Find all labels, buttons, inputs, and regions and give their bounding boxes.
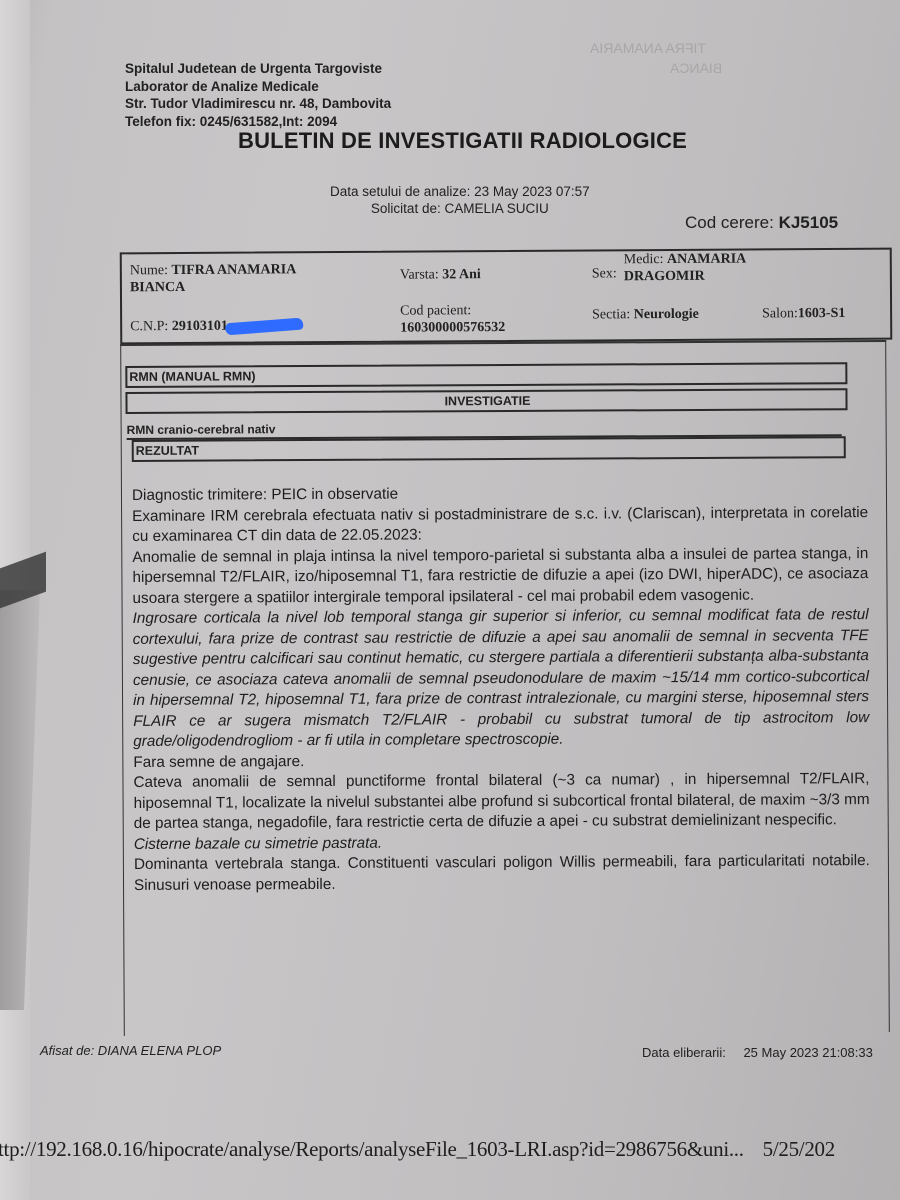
displayed-by: Afisat de: DIANA ELENA PLOP bbox=[40, 1043, 221, 1058]
patient-code: Cod pacient: 160300000576532 bbox=[400, 302, 505, 337]
result-box: RMN (MANUAL RMN) INVESTIGATIE RMN cranio… bbox=[120, 340, 890, 1036]
release-date-label: Data eliberarii: bbox=[642, 1045, 726, 1060]
result-paragraph: Examinare IRM cerebrala efectuata nativ … bbox=[132, 503, 868, 548]
patient-info-box: Nume: TIFRA ANAMARIA BIANCA C.N.P: 29103… bbox=[120, 248, 893, 345]
result-paragraph: Cateva anomalii de semnal punctiforme fr… bbox=[133, 769, 869, 834]
print-date: 5/25/202 bbox=[763, 1137, 835, 1161]
release-date: Data eliberarii: 25 May 2023 21:08:33 bbox=[642, 1045, 873, 1060]
patient-age: Varsta: 32 Ani bbox=[400, 266, 481, 283]
report-title: BULETIN DE INVESTIGATII RADIOLOGICE bbox=[238, 128, 687, 154]
hospital-room: Salon:1603-S1 bbox=[762, 305, 845, 323]
hospital-section: Sectia: Neurologie bbox=[592, 306, 699, 324]
result-header: REZULTAT bbox=[132, 436, 846, 462]
print-url: ttp://192.168.0.16/hipocrate/analyse/Rep… bbox=[0, 1137, 744, 1161]
show-through-text: BIANCA bbox=[670, 60, 722, 76]
request-code-value: KJ5105 bbox=[779, 213, 839, 232]
release-date-value: 25 May 2023 21:08:33 bbox=[743, 1045, 872, 1060]
patient-cnp: C.N.P: 29103101 bbox=[130, 317, 303, 335]
result-paragraph: Ingrosare corticala la nivel lob tempora… bbox=[133, 605, 870, 752]
lab-name: Laborator de Analize Medicale bbox=[125, 78, 391, 96]
investigation-category: RMN (MANUAL RMN) bbox=[125, 362, 847, 388]
analysis-date: Data setului de analize: 23 May 2023 07:… bbox=[330, 183, 590, 200]
hospital-header: Spitalul Judetean de Urgenta Targoviste … bbox=[125, 60, 391, 130]
result-paragraph: Dominanta vertebrala stanga. Constituent… bbox=[134, 851, 870, 896]
print-footer: ttp://192.168.0.16/hipocrate/analyse/Rep… bbox=[0, 1137, 835, 1162]
report-meta: Data setului de analize: 23 May 2023 07:… bbox=[330, 183, 590, 217]
hospital-address: Str. Tudor Vladimirescu nr. 48, Dambovit… bbox=[125, 95, 391, 113]
redaction-mark bbox=[225, 317, 304, 335]
requested-by: Solicitat de: CAMELIA SUCIU bbox=[330, 200, 590, 217]
result-paragraph: Anomalie de semnal in plaja intinsa la n… bbox=[132, 544, 868, 609]
show-through-text: TIFRA ANAMARIA bbox=[590, 40, 706, 56]
request-code-label: Cod cerere: bbox=[685, 213, 774, 232]
request-code: Cod cerere: KJ5105 bbox=[685, 213, 838, 233]
attending-doctor: Medic: ANAMARIA DRAGOMIR bbox=[624, 251, 747, 286]
report-page: TIFRA ANAMARIA BIANCA Spitalul Judetean … bbox=[30, 0, 900, 1200]
investigation-header: INVESTIGATIE bbox=[125, 388, 847, 414]
patient-sex: Sex: bbox=[592, 265, 617, 282]
patient-name: Nume: TIFRA ANAMARIA BIANCA bbox=[130, 261, 297, 296]
hospital-name: Spitalul Judetean de Urgenta Targoviste bbox=[125, 60, 391, 78]
result-text: Diagnostic trimitere: PEIC in observatie… bbox=[132, 482, 870, 896]
